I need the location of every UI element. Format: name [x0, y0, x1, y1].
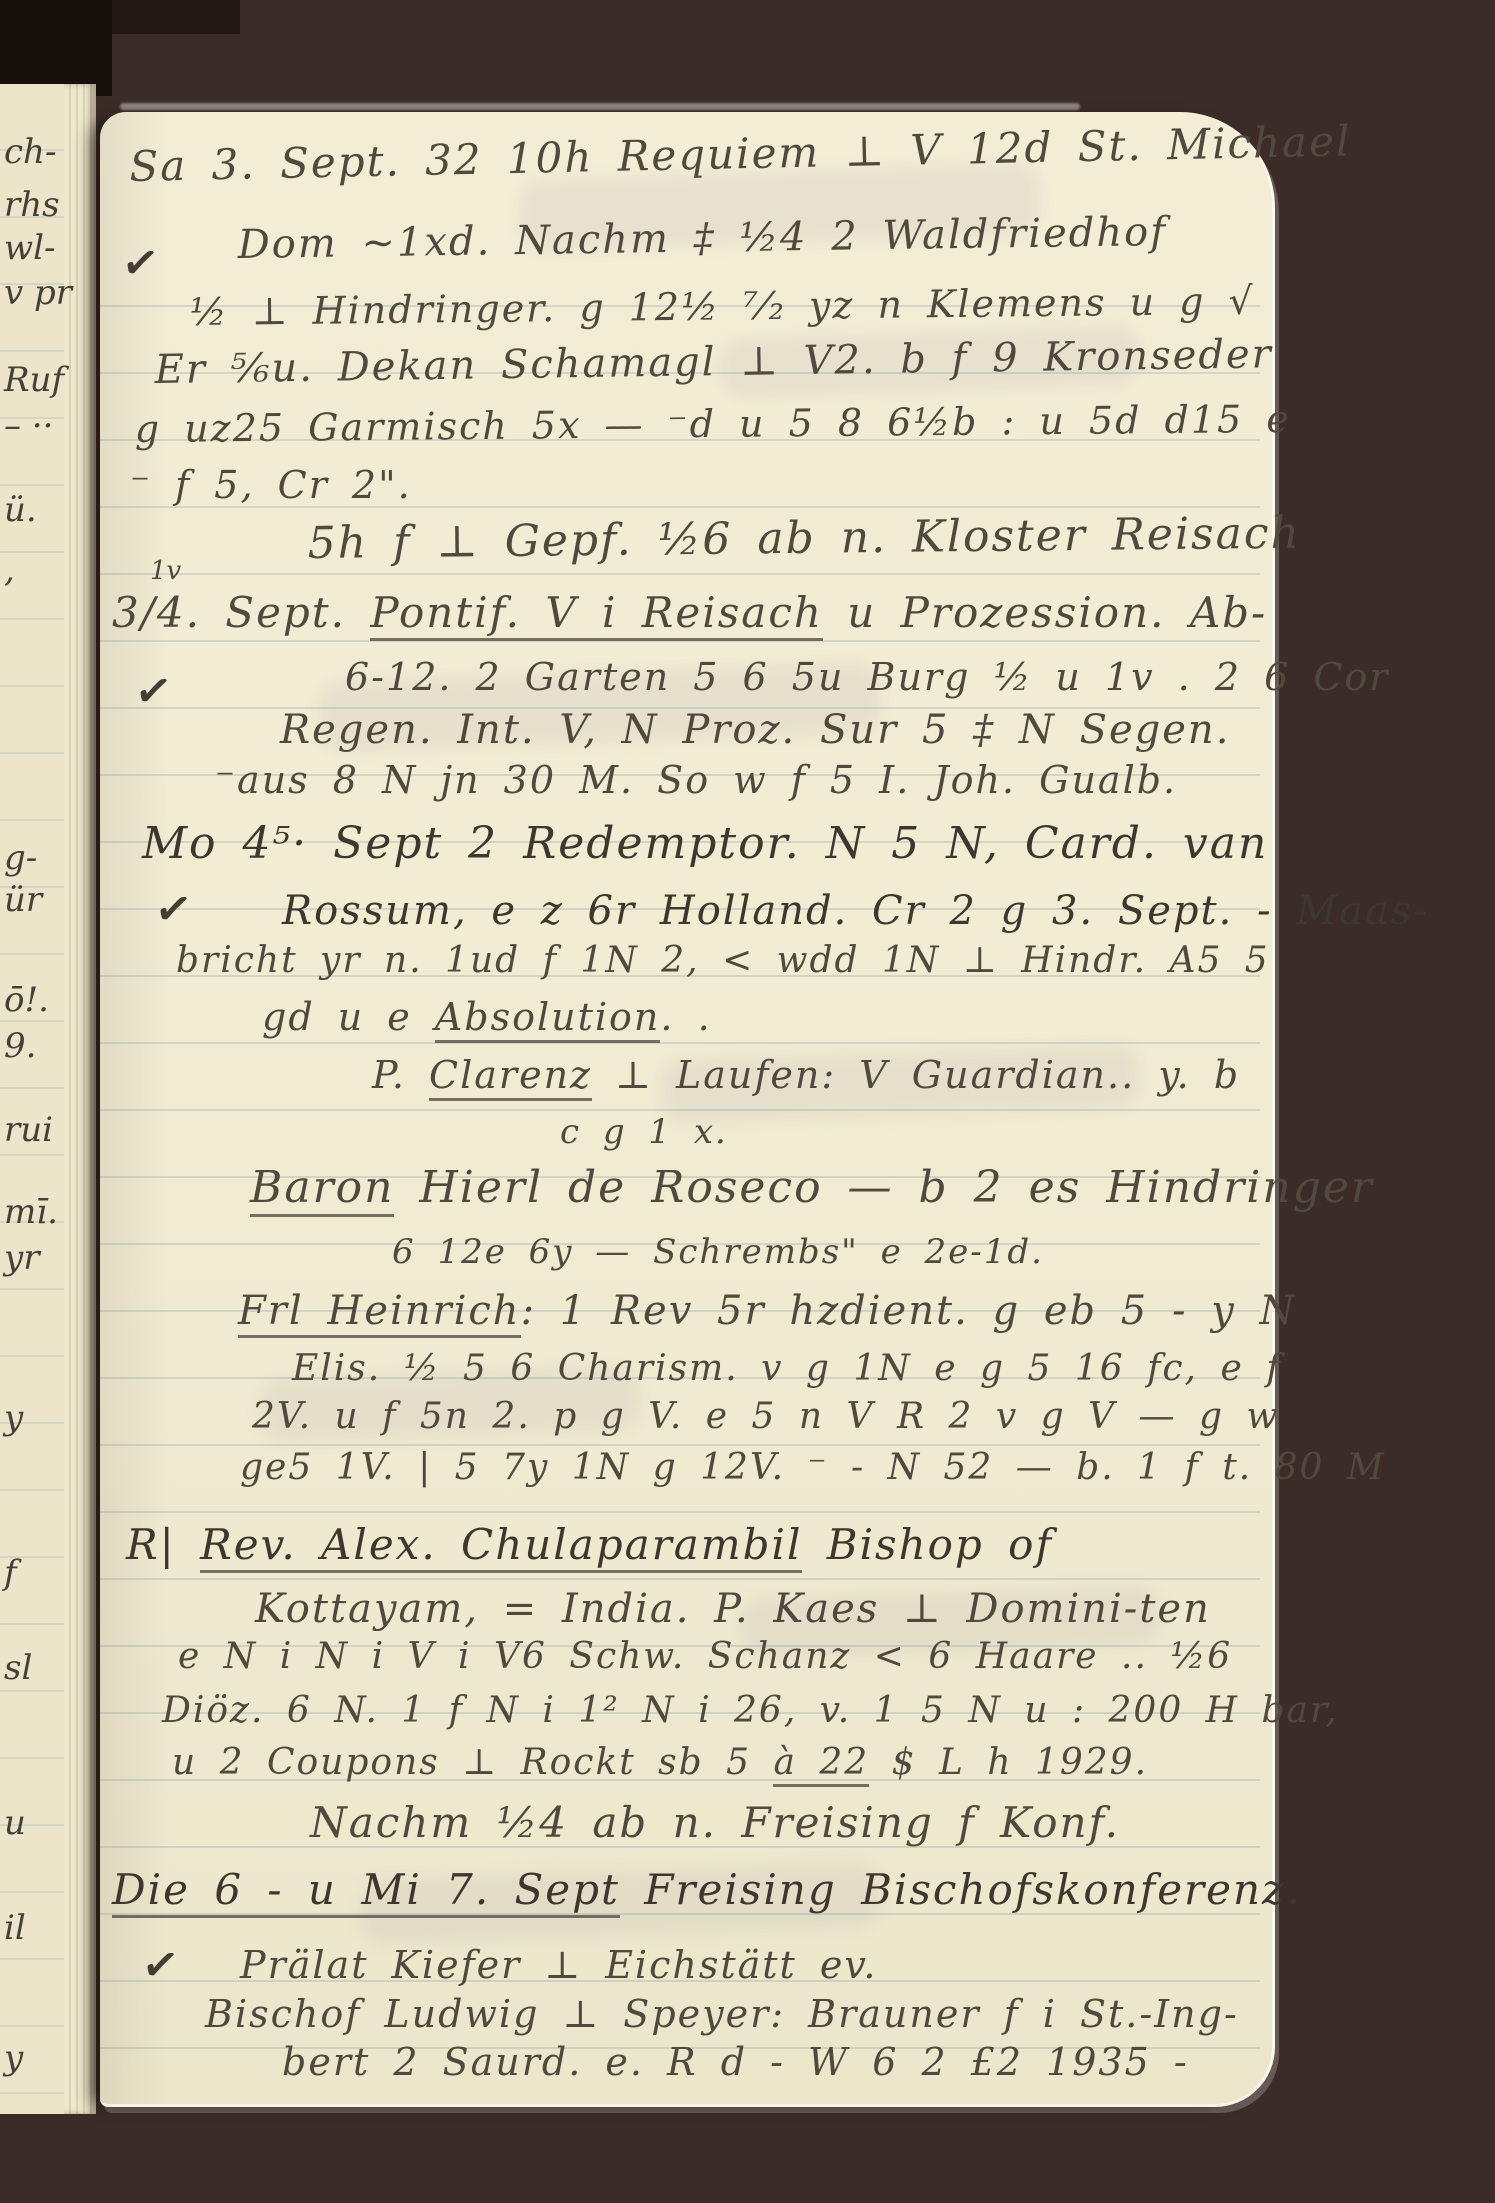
checkmark-tick: ✓	[152, 882, 196, 938]
handwriting-line: ⁻aus 8 N jn 30 M. So w f 5 I. Joh. Gualb…	[215, 758, 1177, 802]
handwriting-line: ge5 1V. | 5 7y 1N g 12V. ⁻ - N 52 — b. 1…	[240, 1447, 1386, 1488]
handwriting-segment: Elis. ½ 5 6 Charism. v g 1N e g 5 16 fc,…	[292, 1348, 1282, 1389]
margin-fragment: y	[4, 1398, 23, 1438]
handwriting-segment: Rossum, e z 6r Holland. Cr 2 g 3. Sept. …	[282, 888, 1429, 934]
handwriting-line: e N i N i V i V6 Schw. Schanz < 6 Haare …	[178, 1636, 1232, 1677]
margin-fragment: – ··	[4, 406, 53, 446]
margin-fragment: y	[4, 2038, 23, 2078]
handwriting-line: R| Rev. Alex. Chulaparambil Bishop of	[126, 1520, 1053, 1569]
handwriting-segment: $ L h 1929.	[869, 1742, 1148, 1783]
margin-fragment: yr	[4, 1238, 39, 1278]
handwriting-line: Rossum, e z 6r Holland. Cr 2 g 3. Sept. …	[282, 888, 1429, 934]
handwriting-line: Kottayam, = India. P. Kaes ⊥ Domini-ten	[255, 1586, 1211, 1632]
handwriting-segment: : 1 Rev 5r hzdient. g eb 5 - y N	[521, 1288, 1297, 1334]
handwriting-line: P. Clarenz ⊥ Laufen: V Guardian.. y. b	[372, 1053, 1240, 1097]
handwriting-segment: bert 2 Saurd. e. R d - W 6 2 £2 1935 -	[282, 2040, 1189, 2084]
handwriting-segment: Baron	[250, 1162, 394, 1217]
handwriting-line: Bischof Ludwig ⊥ Speyer: Brauner f i St.…	[205, 1992, 1239, 2036]
handwriting-segment: à 22	[773, 1742, 869, 1787]
margin-fragment: ch-	[4, 132, 56, 172]
handwriting-line: Diöz. 6 N. 1 f N i 1² N i 26, v. 1 5 N u…	[162, 1690, 1339, 1731]
handwriting-line: Regen. Int. V, N Proz. Sur 5 ‡ N Segen.	[280, 707, 1230, 753]
handwriting-line: 2V. u f 5n 2. p g V. e 5 n V R 2 v g V —…	[252, 1396, 1279, 1437]
margin-fragment: ō!.	[4, 980, 49, 1020]
handwriting-line: Er ⅚u. Dekan Schamagl ⊥ V2. b f 9 Kronse…	[154, 331, 1273, 393]
handwriting-segment: Diöz. 6 N. 1 f N i 1² N i 26, v. 1 5 N u…	[162, 1690, 1339, 1731]
handwriting-line: Nachm ½4 ab n. Freising f Konf.	[310, 1798, 1120, 1847]
margin-fragment: rui	[4, 1110, 53, 1150]
handwriting-line: 6-12. 2 Garten 5 6 5u Burg ½ u 1v . 2 6 …	[345, 655, 1389, 699]
handwriting-line: g uz25 Garmisch 5x — ⁻d u 5 8 6½b : u 5d…	[135, 397, 1291, 451]
handwriting-segment: Regen. Int. V, N Proz. Sur 5 ‡ N Segen.	[280, 707, 1230, 753]
handwriting-segment: 6-12. 2 Garten 5 6 5u Burg ½ u 1v . 2 6 …	[345, 655, 1389, 699]
handwriting-segment: Rev. Alex. Chulaparambil	[200, 1520, 802, 1573]
margin-fragment: ,	[4, 550, 15, 590]
margin-fragment: f	[4, 1553, 17, 1593]
margin-fragment: sl	[4, 1648, 32, 1688]
handwriting-line: 5h f ⊥ Gepf. ½6 ab n. Kloster Reisach	[307, 508, 1301, 569]
superscript-annotation: 1v	[150, 556, 181, 586]
margin-fragment: wl-	[4, 228, 55, 268]
handwriting-segment: Hierl de Roseco — b 2 es Hindringer	[394, 1162, 1373, 1213]
handwriting-segment: ⊥ Laufen: V Guardian.. y. b	[592, 1053, 1240, 1097]
handwriting-segment: u Prozession. Ab-	[823, 588, 1267, 637]
handwriting-line: bert 2 Saurd. e. R d - W 6 2 £2 1935 -	[282, 2040, 1189, 2084]
handwriting-segment: 5h f ⊥ Gepf. ½6 ab n. Kloster Reisach	[307, 508, 1301, 569]
handwriting-segment: Mo 4⁵· Sept 2 Redemptor. N 5 N, Card. va…	[142, 818, 1268, 869]
handwriting-segment: Kottayam, = India. P. Kaes ⊥ Domini-ten	[255, 1586, 1211, 1632]
handwriting-line: 3/4. Sept. Pontif. V i Reisach u Prozess…	[112, 588, 1267, 637]
handwriting-segment: c g 1 x.	[560, 1112, 728, 1152]
handwriting-line: Dom ~1xd. Nachm ‡ ½4 2 Waldfriedhof	[237, 209, 1167, 268]
handwriting-segment: ½ ⊥ Hindringer. g 12½ ⁷⁄₂ yz n Klemens u…	[190, 279, 1255, 334]
handwriting-segment: . .	[660, 995, 711, 1039]
handwriting-line: Elis. ½ 5 6 Charism. v g 1N e g 5 16 fc,…	[292, 1348, 1282, 1389]
handwriting-segment: Dom ~1xd. Nachm ‡ ½4 2 Waldfriedhof	[237, 209, 1167, 268]
handwriting-line: gd u e Absolution. .	[262, 995, 712, 1039]
margin-fragment: g-	[4, 838, 37, 878]
handwriting-segment: e N i N i V i V6 Schw. Schanz < 6 Haare …	[178, 1636, 1232, 1677]
margin-fragment: Ruf	[4, 360, 64, 400]
margin-fragment: mī.	[4, 1192, 58, 1232]
margin-fragment: 9.	[4, 1026, 36, 1066]
margin-fragment: ür	[4, 880, 42, 920]
handwriting-segment: Er ⅚u. Dekan Schamagl ⊥ V2. b f 9 Kronse…	[154, 331, 1273, 393]
checkmark-tick: ✓	[119, 236, 163, 292]
handwriting-segment: Die 6 - u Mi 7. Sept	[112, 1865, 620, 1918]
handwriting-line: Die 6 - u Mi 7. Sept Freising Bischofsko…	[112, 1865, 1302, 1914]
handwriting-segment: g uz25 Garmisch 5x — ⁻d u 5 8 6½b : u 5d…	[135, 397, 1291, 451]
handwriting-line: Prälat Kiefer ⊥ Eichstätt ev.	[240, 1943, 877, 1987]
handwriting-segment: Bischof Ludwig ⊥ Speyer: Brauner f i St.…	[205, 1992, 1239, 2036]
handwriting-line: 6 12e 6y — Schrembs" e 2e-1d.	[392, 1232, 1044, 1272]
handwriting-segment: Freising Bischofskonferenz.	[620, 1865, 1302, 1914]
margin-fragment: u	[4, 1803, 26, 1843]
checkmark-tick: ✓	[132, 664, 176, 720]
handwriting-line: Frl Heinrich: 1 Rev 5r hzdient. g eb 5 -…	[238, 1288, 1297, 1334]
handwriting-segment: ge5 1V. | 5 7y 1N g 12V. ⁻ - N 52 — b. 1…	[240, 1447, 1386, 1488]
handwriting-segment: Bishop of	[802, 1520, 1053, 1569]
margin-fragment: ü.	[4, 490, 37, 530]
handwriting-line: Sa 3. Sept. 32 10h Requiem ⊥ V 12d St. M…	[129, 116, 1352, 191]
handwriting-segment: Nachm ½4 ab n. Freising f Konf.	[310, 1798, 1120, 1847]
handwriting-line: ½ ⊥ Hindringer. g 12½ ⁷⁄₂ yz n Klemens u…	[190, 279, 1255, 334]
handwriting-line: Mo 4⁵· Sept 2 Redemptor. N 5 N, Card. va…	[142, 818, 1268, 869]
margin-fragment: il	[4, 1908, 26, 1948]
handwriting-line: ⁻ f 5, Cr 2".	[130, 463, 412, 507]
handwriting-segment: gd u e	[262, 995, 435, 1039]
handwriting-segment: ⁻ f 5, Cr 2".	[130, 463, 412, 507]
handwriting-segment: Absolution	[435, 995, 661, 1043]
handwriting-line: bricht yr n. 1ud f 1N 2, < wdd 1N ⊥ Hind…	[176, 940, 1270, 981]
handwriting-segment: ⁻aus 8 N jn 30 M. So w f 5 I. Joh. Gualb…	[215, 758, 1177, 802]
handwriting-segment: Clarenz	[429, 1053, 592, 1101]
handwriting-segment: R|	[126, 1520, 200, 1569]
handwriting-segment: u 2 Coupons ⊥ Rockt sb 5	[172, 1742, 773, 1783]
handwriting-segment: 3/4. Sept.	[112, 588, 370, 637]
handwriting-segment: Prälat Kiefer ⊥ Eichstätt ev.	[240, 1943, 877, 1987]
margin-fragment: rhs	[4, 185, 60, 225]
checkmark-tick: ✓	[139, 1938, 183, 1994]
handwriting-segment: Frl Heinrich	[238, 1288, 521, 1338]
margin-fragment: v pr	[4, 273, 72, 313]
handwriting-segment: Sa 3. Sept. 32 10h Requiem ⊥ V 12d St. M…	[129, 116, 1352, 191]
handwriting-layer: Sa 3. Sept. 32 10h Requiem ⊥ V 12d St. M…	[0, 0, 1495, 2203]
handwriting-line: u 2 Coupons ⊥ Rockt sb 5 à 22 $ L h 1929…	[172, 1742, 1148, 1783]
handwriting-segment: bricht yr n. 1ud f 1N 2, < wdd 1N ⊥ Hind…	[176, 940, 1270, 981]
handwriting-segment: Pontif. V i Reisach	[370, 588, 823, 641]
handwriting-line: Baron Hierl de Roseco — b 2 es Hindringe…	[250, 1162, 1374, 1213]
handwriting-segment: 2V. u f 5n 2. p g V. e 5 n V R 2 v g V —…	[252, 1396, 1279, 1437]
handwriting-line: c g 1 x.	[560, 1112, 728, 1152]
handwriting-segment: 6 12e 6y — Schrembs" e 2e-1d.	[392, 1232, 1044, 1272]
handwriting-segment: P.	[372, 1053, 429, 1097]
scanned-diary-photo: Sa 3. Sept. 32 10h Requiem ⊥ V 12d St. M…	[0, 0, 1495, 2203]
